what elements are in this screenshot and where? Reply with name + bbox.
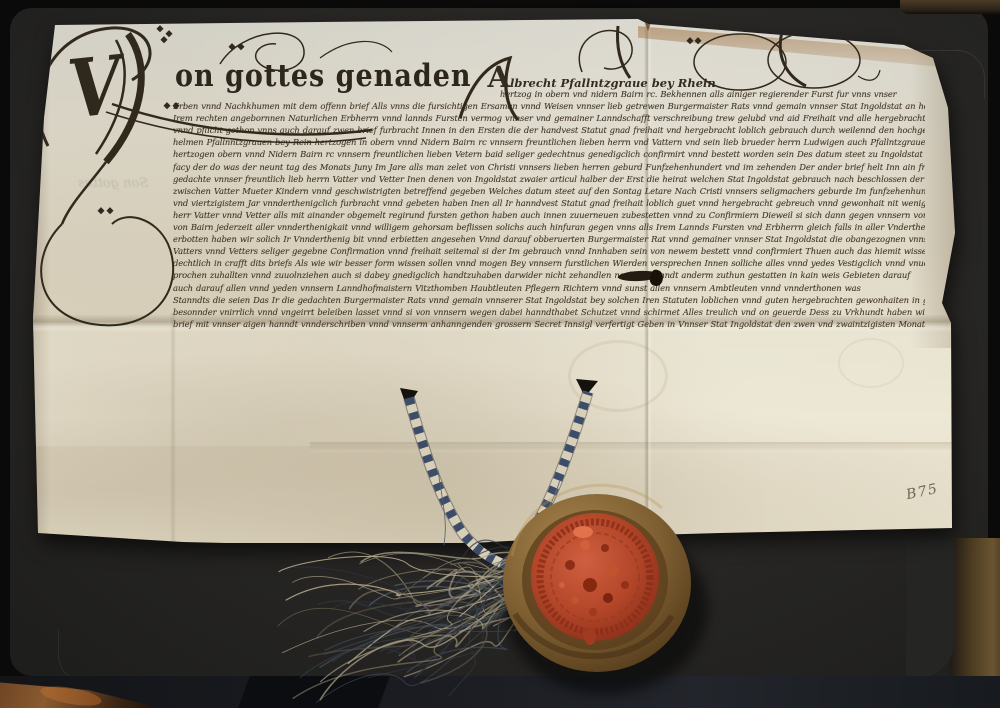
mat-corner-bottom-right bbox=[906, 538, 954, 678]
charter-parchment: V on gottes genaden Albrecht Pfallntzgra… bbox=[20, 18, 955, 543]
adjacent-document-edge bbox=[900, 0, 1000, 14]
wood-table-right-edge bbox=[950, 538, 1000, 680]
calligraphic-flourishes bbox=[20, 18, 955, 543]
initial-cadel bbox=[38, 28, 372, 325]
header-flourish-loops bbox=[220, 26, 880, 120]
parchment-shadow: V on gottes genaden Albrecht Pfallntzgra… bbox=[20, 18, 955, 543]
diamond-dot-ornaments bbox=[97, 25, 701, 214]
folder-edge bbox=[238, 676, 390, 708]
photo-stage: V on gottes genaden Albrecht Pfallntzgra… bbox=[0, 0, 1000, 708]
table-surface bbox=[0, 676, 1000, 708]
